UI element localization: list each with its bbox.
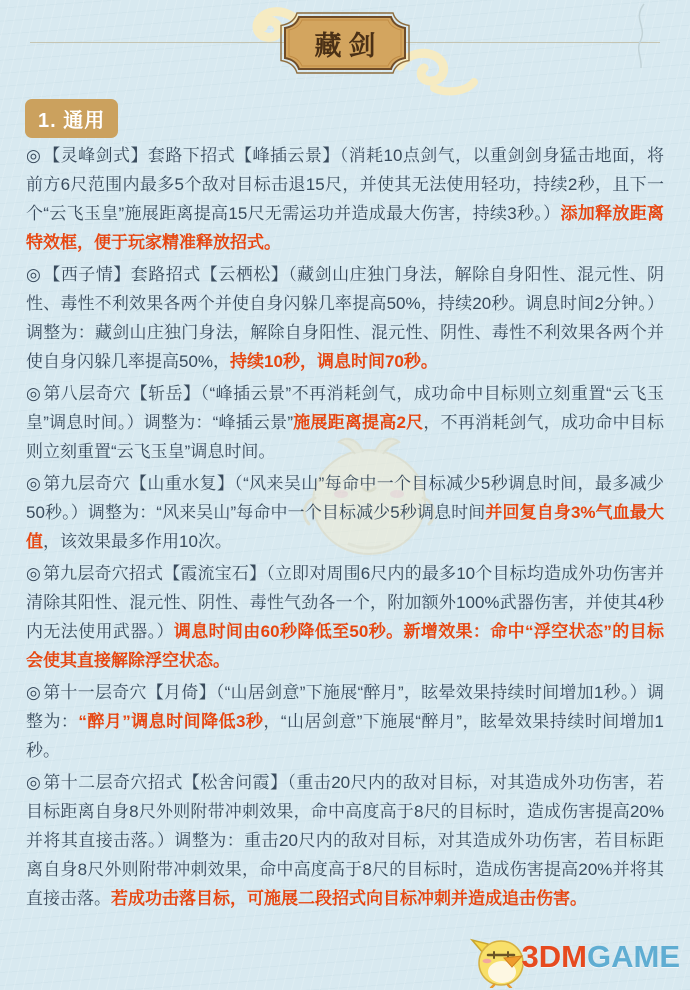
changelog-paragraph: ◎【灵峰剑式】套路下招式【峰插云景】（消耗10点剑气，以重剑剑身猛击地面，将前方…	[26, 141, 664, 257]
change-text: ，该效果最多作用10次。	[43, 532, 232, 551]
logo-wordmark: 3DMGAME	[522, 939, 680, 975]
highlighted-change-text: “醉月”调息时间降低3秒	[78, 712, 263, 731]
title-plaque: 藏剑	[278, 11, 412, 75]
site-logo: 3DMGAME	[468, 932, 680, 988]
changelog-paragraph: ◎第九层奇穴【山重水复】（“风来吴山”每命中一个目标减少5秒调息时间，最多减少5…	[26, 469, 664, 556]
paragraph-bullet: ◎	[26, 683, 41, 702]
paragraph-bullet: ◎	[26, 474, 41, 493]
highlighted-change-text: 持续10秒，调息时间70秒。	[230, 352, 438, 371]
change-text: 第十二层奇穴招式【松舍问霞】（重击20尺内的敌对目标，对其造成外功伤害，若目标距…	[26, 773, 664, 908]
paragraph-bullet: ◎	[26, 564, 41, 583]
article-page: 藏剑 1. 通用 ◎【灵峰剑式】套路下招式【峰插云景】（消耗10点剑气，以重剑剑…	[0, 0, 690, 990]
paragraph-bullet: ◎	[26, 384, 41, 403]
logo-3dm-text: 3DM	[522, 939, 587, 974]
plaque-title: 藏剑	[278, 11, 412, 75]
paragraph-bullet: ◎	[26, 265, 41, 284]
highlighted-change-text: 施展距离提高2尺	[293, 413, 423, 432]
changelog-paragraph: ◎第十一层奇穴【月倚】（“山居剑意”下施展“醉月”，眩晕效果持续时间增加1秒。）…	[26, 678, 664, 765]
logo-game-text: GAME	[587, 939, 680, 974]
changelog-paragraph: ◎第十二层奇穴招式【松舍问霞】（重击20尺内的敌对目标，对其造成外功伤害，若目标…	[26, 768, 664, 913]
paragraph-bullet: ◎	[26, 773, 41, 792]
changelog: ◎【灵峰剑式】套路下招式【峰插云景】（消耗10点剑气，以重剑剑身猛击地面，将前方…	[26, 141, 664, 916]
changelog-paragraph: ◎第九层奇穴招式【霞流宝石】（立即对周围6尺内的最多10个目标均造成外功伤害并清…	[26, 559, 664, 675]
highlighted-change-text: 若成功击落目标，可施展二段招式向目标冲刺并造成追击伤害。	[111, 889, 587, 908]
changelog-paragraph: ◎第八层奇穴【斩岳】（“峰插云景”不再消耗剑气，成功命中目标则立刻重置“云飞玉皇…	[26, 379, 664, 466]
paper-wrinkle-decoration	[614, 2, 664, 72]
changelog-paragraph: ◎【西子情】套路招式【云栖松】（藏剑山庄独门身法，解除自身阳性、混元性、阴性、毒…	[26, 260, 664, 376]
section-badge: 1. 通用	[25, 99, 118, 138]
paragraph-bullet: ◎	[26, 146, 41, 165]
